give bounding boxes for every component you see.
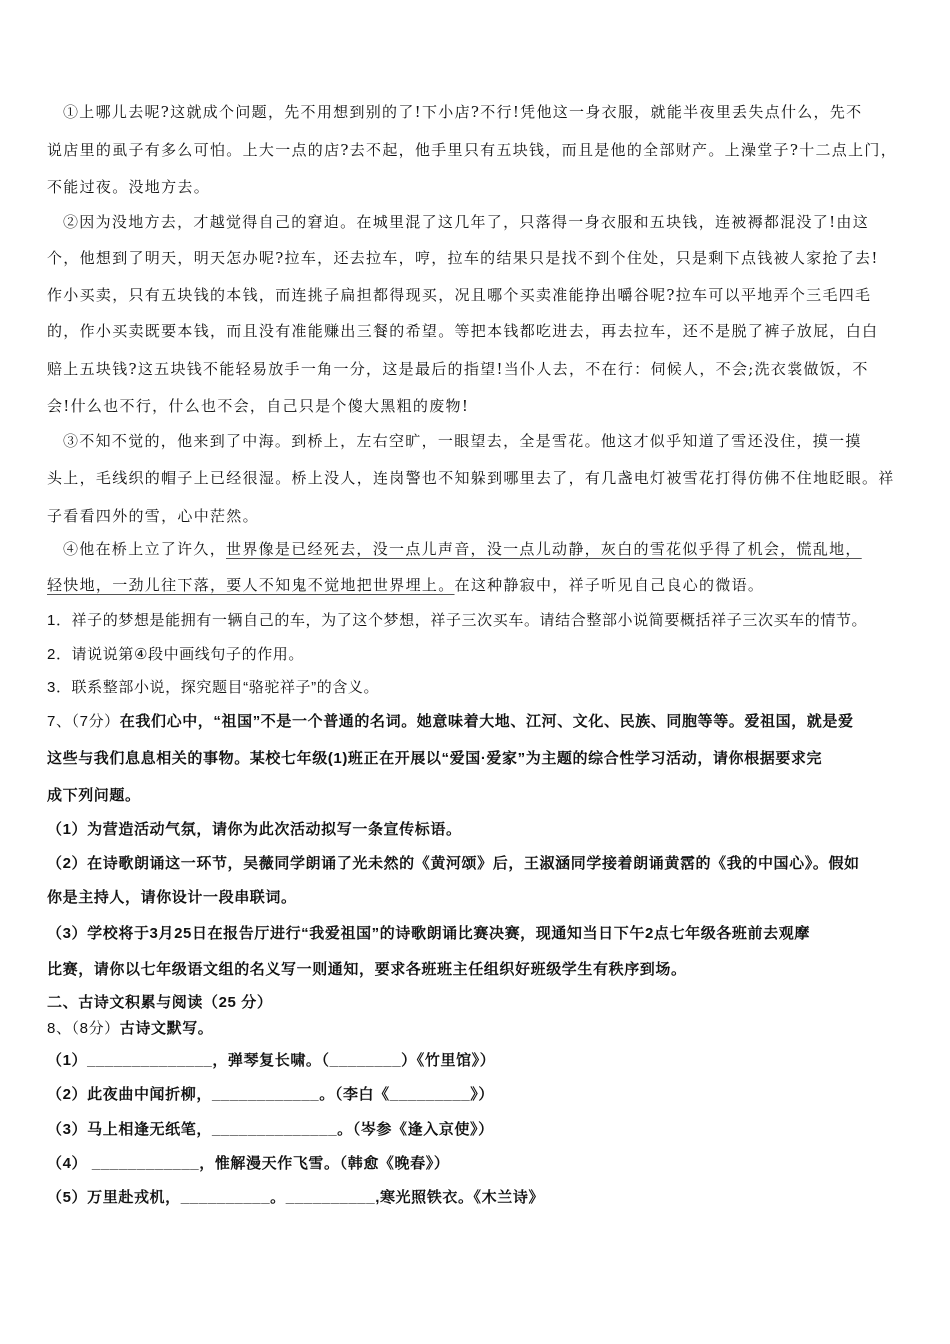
q8-item-1: （1）______________，弹琴复长啸。（________）《竹里馆》） <box>47 1051 495 1071</box>
underlined-sentence: 轻快地，一劲儿往下落，要人不知鬼不觉地把世界埋上。 <box>47 576 455 594</box>
underlined-sentence: 世界像是已经死去，没一点儿声音，没一点儿动静，灰白的雪花似乎得了机会，慌乱地， <box>226 540 862 558</box>
para4-text: ④他在桥上立了许久， <box>63 540 226 558</box>
para1-line2: 说店里的虱子有多么可怕。上大一点的店?去不起，他手里只有五块钱，而且是他的全部财… <box>47 140 897 160</box>
q8-item-2: （2）此夜曲中闻折柳，____________。（李白《_________》） <box>47 1085 494 1105</box>
reading-question-1: 1．祥子的梦想是能拥有一辆自己的车，为了这个梦想，祥子三次买车。请结合整部小说简… <box>47 611 867 631</box>
q8-title: 古诗文默写。 <box>120 1020 214 1037</box>
reading-question-2: 2．请说说第④段中画线句子的作用。 <box>47 645 304 665</box>
q8-item-4: （4） ____________，惟解漫天作飞雪。（韩愈《晚春》） <box>47 1154 449 1174</box>
q7-sub3-line2: 比赛，请你以七年级语文组的名义写一则通知，要求各班班主任组织好班级学生有秩序到场… <box>47 960 687 980</box>
q8-item-3: （3）马上相逢无纸笔，______________。（岑参《逢入京使》） <box>47 1120 494 1140</box>
para1-line3: 不能过夜。没地方去。 <box>47 177 210 197</box>
para3-line2: 头上，毛线织的帽子上已经很湿。桥上没人，连岗警也不知躲到哪里去了，有几盏电灯被雪… <box>47 468 895 488</box>
exam-page: ①上哪儿去呢?这就成个问题，先不用想到别的了!下小店?不行!凭他这一身衣服，就能… <box>0 0 950 1344</box>
q7-intro-text: 在我们心中，“祖国”不是一个普通的名词。她意味着大地、江河、文化、民族、同胞等等… <box>120 713 854 730</box>
q8-number: 8、（8分） <box>47 1020 120 1037</box>
para2-line2: 个，他想到了明天，明天怎办呢?拉车，还去拉车，哼，拉车的结果只是找不到个住处，只… <box>47 248 879 268</box>
para2-line1: ②因为没地方去，才越觉得自己的窘迫。在城里混了这几年了，只落得一身衣服和五块钱，… <box>63 212 869 232</box>
q7-sub2-line2: 你是主持人，请你设计一段串联词。 <box>47 888 297 908</box>
para4-line2: 轻快地，一劲儿往下落，要人不知鬼不觉地把世界埋上。在这种静寂中，祥子听见自己良心… <box>47 575 764 595</box>
q7-number: 7、（7分） <box>47 713 120 730</box>
para4-line1: ④他在桥上立了许久，世界像是已经死去，没一点儿声音，没一点儿动静，灰白的雪花似乎… <box>63 539 862 559</box>
q8-header: 8、（8分）古诗文默写。 <box>47 1019 213 1039</box>
para2-line6: 会!什么也不行，什么也不会，自己只是个傻大黑粗的废物! <box>47 396 469 416</box>
q7-sub2-line1: （2）在诗歌朗诵这一环节，吴薇同学朗诵了光未然的《黄河颂》后，王淑涵同学接着朗诵… <box>47 854 860 874</box>
para2-line3: 作小买卖，只有五块钱的本钱，而连挑子扁担都得现买，况且哪个买卖准能挣出嚼谷呢?拉… <box>47 285 871 305</box>
q7-intro-line3: 成下列问题。 <box>47 786 141 806</box>
para2-line4: 的，作小买卖既要本钱，而且没有准能赚出三餐的希望。等把本钱都吃进去，再去拉车，还… <box>47 321 878 341</box>
q7-intro-line2: 这些与我们息息相关的事物。某校七年级(1)班正在开展以“爱国·爱家”为主题的综合… <box>47 749 822 769</box>
para2-line5: 赔上五块钱?这五块钱不能轻易放手一角一分，这是最后的指望!当仆人去，不在行：伺候… <box>47 359 869 379</box>
q7-sub1: （1）为营造活动气氛，请你为此次活动拟写一条宣传标语。 <box>47 820 462 840</box>
q7-intro-line1: 7、（7分）在我们心中，“祖国”不是一个普通的名词。她意味着大地、江河、文化、民… <box>47 712 854 732</box>
q8-item-5: （5）万里赴戎机，__________。__________,寒光照铁衣。《木兰… <box>47 1188 544 1208</box>
section2-heading: 二、古诗文积累与阅读（25 分） <box>47 993 272 1013</box>
para3-line3: 子看看四外的雪，心中茫然。 <box>47 506 259 526</box>
para4-text: 在这种静寂中，祥子听见自己良心的微语。 <box>455 576 765 594</box>
reading-question-3: 3．联系整部小说，探究题目“骆驼祥子”的含义。 <box>47 678 379 698</box>
para1-line1: ①上哪儿去呢?这就成个问题，先不用想到别的了!下小店?不行!凭他这一身衣服，就能… <box>63 102 862 122</box>
q7-sub3-line1: （3）学校将于3月25日在报告厅进行“我爱祖国”的诗歌朗诵比赛决赛，现通知当日下… <box>47 924 810 944</box>
para3-line1: ③不知不觉的，他来到了中海。到桥上，左右空旷，一眼望去，全是雪花。他这才似乎知道… <box>63 431 862 451</box>
